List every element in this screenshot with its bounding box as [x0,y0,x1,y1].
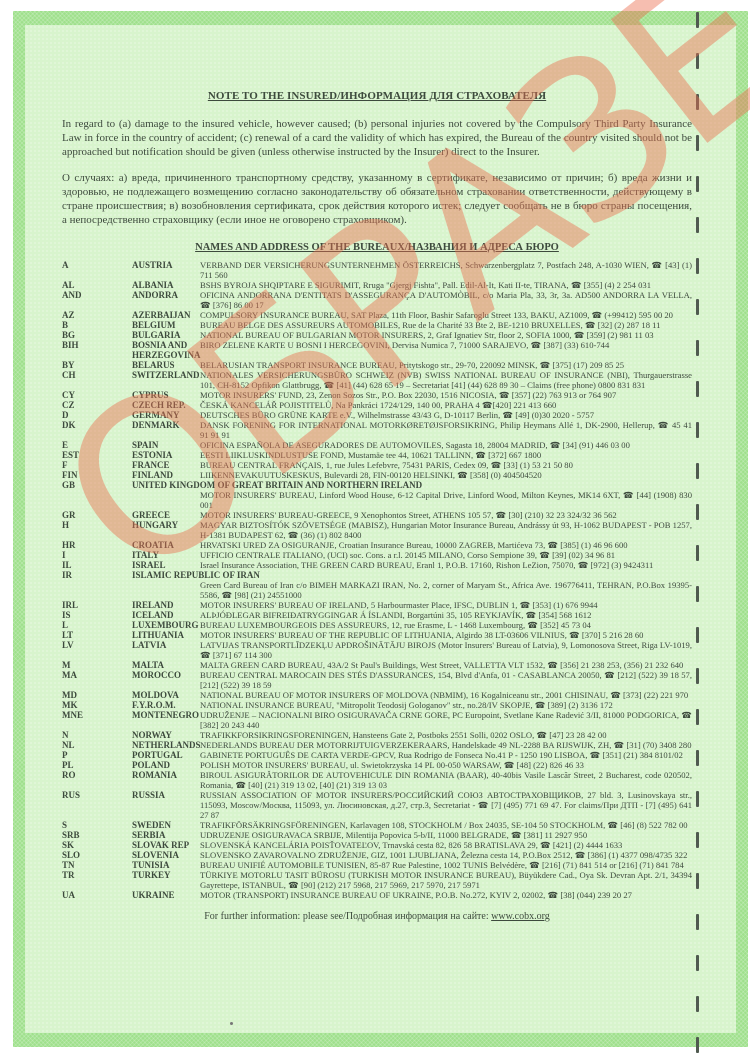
bureau-row: DKDENMARKDANSK FORENING FOR INTERNATIONA… [62,420,692,440]
perforation-dash [696,668,699,684]
bureaux-list: AAUSTRIAVERBAND DER VERSICHERUNGSUNTERNE… [62,260,692,900]
country-name: LATVIA [132,640,200,660]
country-name: UNITED KINGDOM OF GREAT BRITAIN AND NORT… [132,480,692,490]
perforation-line [696,0,700,1060]
note-title: NOTE TO THE INSURED/ИНФОРМАЦИЯ ДЛЯ СТРАХ… [62,90,692,103]
note-russian: О случаях: а) вреда, причиненного трансп… [62,171,692,227]
bureau-row: ESPAINOFICINA ESPAÑOLA DE ASEGURADORES D… [62,440,692,450]
bureau-address: MAGYAR BIZTOSÍTÓK SZÖVETSÉGE (MABISZ), H… [200,520,692,540]
bureau-address: NATIONAL INSURANCE BUREAU, "Mitropolit T… [200,700,692,710]
bureau-address: BIRO ZELENE KARTE U BOSNI I HERCEGOVINI,… [200,340,692,360]
bureau-address: BUREAU BELGE DES ASSUREURS AUTOMOBILES, … [200,320,692,330]
country-code: HR [62,540,132,550]
perforation-dash [696,996,699,1012]
country-name: RUSSIA [132,790,200,820]
country-name: BULGARIA [132,330,200,340]
bureau-row: LLUXEMBOURGBUREAU LUXEMBOURGEOIS DES ASS… [62,620,692,630]
country-code: B [62,320,132,330]
country-name: AUSTRIA [132,260,200,280]
bureau-row: MDMOLDOVANATIONAL BUREAU OF MOTOR INSURE… [62,690,692,700]
bureau-address: NATIONAL BUREAU OF MOTOR INSURERS OF MOL… [200,690,692,700]
country-name: LITHUANIA [132,630,200,640]
country-code: A [62,260,132,280]
cobx-link[interactable]: www.cobx.org [491,911,550,922]
country-name: PORTUGAL [132,750,200,760]
bureau-row: TRTURKEYTÜRKIYE MOTORLU TASIT BÜROSU (TU… [62,870,692,890]
country-code: IS [62,610,132,620]
perforation-dash [696,258,699,274]
country-name: FRANCE [132,460,200,470]
bureau-address: BUREAU CENTRAL FRANÇAIS, 1, rue Jules Le… [200,460,692,470]
country-code: GR [62,510,132,520]
country-code: TN [62,860,132,870]
perforation-dash [696,463,699,479]
bureau-address: EESTI LIIKLUSKINDLUSTUSE FOND, Mustamäe … [200,450,692,460]
perforation-dash [696,586,699,602]
bureau-address: DANSK FORENING FOR INTERNATIONAL MOTORKØ… [200,420,692,440]
country-code: AL [62,280,132,290]
bureau-row: BGBULGARIANATIONAL BUREAU OF BULGARIAN M… [62,330,692,340]
perforation-dash [696,545,699,561]
country-code: S [62,820,132,830]
bureau-row: MMALTAMALTA GREEN CARD BUREAU, 43A/2 St … [62,660,692,670]
perforation-dash [696,709,699,725]
bureau-address: VERBAND DER VERSICHERUNGSUNTERNEHMEN ÖST… [200,260,692,280]
country-name: CYPRUS [132,390,200,400]
country-name: GERMANY [132,410,200,420]
country-code: CY [62,390,132,400]
bureau-row: DGERMANYDEUTSCHES BÜRO GRÜNE KARTE e.V.,… [62,410,692,420]
bureau-row: ESTESTONIAEESTI LIIKLUSKINDLUSTUSE FOND,… [62,450,692,460]
country-code: BG [62,330,132,340]
bureau-row: SLOSLOVENIASLOVENSKO ZAVAROVALNO ZDRUŽEN… [62,850,692,860]
bureau-row: IRISLAMIC REPUBLIC OF IRAN [62,570,692,580]
bureau-row: CYCYPRUSMOTOR INSURERS' FUND, 23, Zenon … [62,390,692,400]
country-name: BELGIUM [132,320,200,330]
bureau-row: NLNETHERLANDSNEDERLANDS BUREAU DER MOTOR… [62,740,692,750]
country-name: AZERBAIJAN [132,310,200,320]
country-code: IR [62,570,132,580]
footer: For further information: please see/Подр… [62,910,692,923]
note-english: In regard to (a) damage to the insured v… [62,117,692,159]
country-name: MOROCCO [132,670,200,690]
perforation-dash [696,791,699,807]
bureau-address: ALÞJÓÐLEGAR BIFREIÐATRYGGINGAR Á ÍSLANDI… [200,610,692,620]
perforation-dash [696,750,699,766]
bureau-row: LVLATVIALATVIJAS TRANSPORTLĪDZEKĻU APDRO… [62,640,692,660]
country-name: ESTONIA [132,450,200,460]
bureau-address: TÜRKIYE MOTORLU TASIT BÜROSU (TURKISH MO… [200,870,692,890]
bureau-address: MALTA GREEN CARD BUREAU, 43A/2 St Paul's… [200,660,692,670]
bureau-row: ROROMANIABIROUL ASIGURĂTORILOR DE AUTOVE… [62,770,692,790]
country-name: SWITZERLAND [132,370,200,390]
bureau-row: HHUNGARYMAGYAR BIZTOSÍTÓK SZÖVETSÉGE (MA… [62,520,692,540]
country-name: IRELAND [132,600,200,610]
country-name: CROATIA [132,540,200,550]
bureau-address: TRAFIKKFORSIKRINGSFORENINGEN, Hansteens … [200,730,692,740]
bureau-address: BUREAU UNIFIÉ AUTOMOBILE TUNISIEN, 85-87… [200,860,692,870]
country-name: ITALY [132,550,200,560]
bureau-address-row: Green Card Bureau of Iran c/o BIMEH MARK… [62,580,692,600]
bureau-address: SLOVENSKÁ KANCELÁRIA POISŤOVATEĽOV, Trna… [200,840,692,850]
perforation-dash [696,53,699,69]
country-code: SK [62,840,132,850]
bureau-address: BUREAU CENTRAL MAROCAIN DES STÉS D'ASSUR… [200,670,692,690]
bureau-address: POLISH MOTOR INSURERS' BUREAU, ul. Swiet… [200,760,692,770]
bureau-row: BIHBOSNIA AND HERZEGOVINABIRO ZELENE KAR… [62,340,692,360]
bureau-address: BUREAU LUXEMBOURGEOIS DES ASSUREURS, 12,… [200,620,692,630]
bureau-row: BBELGIUMBUREAU BELGE DES ASSUREURS AUTOM… [62,320,692,330]
perforation-dash [696,340,699,356]
bureau-address: COMPULSORY INSURANCE BUREAU, SAT Plaza, … [200,310,692,320]
speck [230,1022,233,1025]
bureau-row: ALALBANIABSHS BYROJA SHQIPTARE E SIGURIM… [62,280,692,290]
country-name: BELARUS [132,360,200,370]
bureau-row: FFRANCEBUREAU CENTRAL FRANÇAIS, 1, rue J… [62,460,692,470]
perforation-dash [696,832,699,848]
bureau-address: TRAFIKFÖRSÄKRINGSFÖRENINGEN, Karlavagen … [200,820,692,830]
bureau-row: IRLIRELANDMOTOR INSURERS' BUREAU OF IREL… [62,600,692,610]
country-code: MA [62,670,132,690]
country-name: SLOVAK REP [132,840,200,850]
country-name: ALBANIA [132,280,200,290]
country-name: ISRAEL [132,560,200,570]
bureau-row: HRCROATIAHRVATSKI URED ZA OSIGURANJE, Cr… [62,540,692,550]
bureau-address: MOTOR INSURERS' FUND, 23, Zenon Sozos St… [200,390,692,400]
country-code: M [62,660,132,670]
bureau-address: UDRUŽENJE – NACIONALNI BIRO OSIGURAVAČA … [200,710,692,730]
country-code: GB [62,480,132,490]
country-code: IRL [62,600,132,610]
bureau-row: FINFINLANDLIIKENNEVAKUUTUSKESKUS, Buleva… [62,470,692,480]
bureau-address: LATVIJAS TRANSPORTLĪDZEKĻU APDROŠINĀTĀJU… [200,640,692,660]
bureau-row: IITALYUFFICIO CENTRALE ITALIANO, (UCI) s… [62,550,692,560]
perforation-dash [696,1037,699,1053]
perforation-dash [696,94,699,110]
bureau-row: CZCZECH REP.ČESKÁ KANCELÁŘ POJISTITELŮ, … [62,400,692,410]
bureau-row: TNTUNISIABUREAU UNIFIÉ AUTOMOBILE TUNISI… [62,860,692,870]
bureau-row: GBUNITED KINGDOM OF GREAT BRITAIN AND NO… [62,480,692,490]
country-code: CH [62,370,132,390]
country-code: L [62,620,132,630]
country-code: H [62,520,132,540]
country-code: LT [62,630,132,640]
country-name: SPAIN [132,440,200,450]
country-name: ROMANIA [132,770,200,790]
bureau-row: RUSRUSSIARUSSIAN ASSOCIATION OF MOTOR IN… [62,790,692,820]
bureau-address: NATIONAL BUREAU OF BULGARIAN MOTOR INSUR… [200,330,692,340]
bureau-row: ISICELANDALÞJÓÐLEGAR BIFREIÐATRYGGINGAR … [62,610,692,620]
country-name: ANDORRA [132,290,200,310]
country-name: CZECH REP. [132,400,200,410]
bureau-address: MOTOR INSURERS' BUREAU OF THE REPUBLIC O… [200,630,692,640]
country-name: MALTA [132,660,200,670]
bureau-address: DEUTSCHES BÜRO GRÜNE KARTE e.V., Wilhelm… [200,410,692,420]
document-content: NOTE TO THE INSURED/ИНФОРМАЦИЯ ДЛЯ СТРАХ… [62,90,692,923]
country-code: RUS [62,790,132,820]
country-code: RO [62,770,132,790]
country-name: TURKEY [132,870,200,890]
country-name: NORWAY [132,730,200,740]
country-name: ICELAND [132,610,200,620]
country-code: NL [62,740,132,750]
country-code: IL [62,560,132,570]
bureau-row: GRGREECEMOTOR INSURERS' BUREAU-GREECE, 9… [62,510,692,520]
bureau-address: NATIONALES VERSICHERUNGSBÜRO SCHWEIZ (NV… [200,370,692,390]
bureau-address: OFICINA ANDORRANA D'ENTITATS D'ASSEGURAN… [200,290,692,310]
perforation-dash [696,422,699,438]
bureau-address: ČESKÁ KANCELÁŘ POJISTITELŮ, Na Pankráci … [200,400,692,410]
country-name: ISLAMIC REPUBLIC OF IRAN [132,570,692,580]
perforation-dash [696,504,699,520]
country-code: SRB [62,830,132,840]
perforation-dash [696,955,699,971]
country-name: MONTENEGRO [132,710,200,730]
country-name: BOSNIA AND HERZEGOVINA [132,340,200,360]
bureau-row: SRBSERBIAUDRUZENJE OSIGURAVACA SRBIJE, M… [62,830,692,840]
country-code: F [62,460,132,470]
bureau-row: UAUKRAINEMOTOR (TRANSPORT) INSURANCE BUR… [62,890,692,900]
bureau-address: MOTOR INSURERS' BUREAU OF IRELAND, 5 Har… [200,600,692,610]
bureaux-title: NAMES AND ADDRESS OF THE BUREAUX/НАЗВАНИ… [62,241,692,254]
bureau-row: AZAZERBAIJANCOMPULSORY INSURANCE BUREAU,… [62,310,692,320]
bureau-address: UFFICIO CENTRALE ITALIANO, (UCI) soc. Co… [200,550,692,560]
bureau-address: GABINETE PORTUGUÊS DE CARTA VERDE-GPCV, … [200,750,692,760]
country-code: DK [62,420,132,440]
bureau-row: ILISRAELIsrael Insurance Association, TH… [62,560,692,570]
country-name: MOLDOVA [132,690,200,700]
country-code: MK [62,700,132,710]
country-code: N [62,730,132,740]
bureau-address: RUSSIAN ASSOCIATION OF MOTOR INSURERS/РО… [200,790,692,820]
country-code: E [62,440,132,450]
country-code: AZ [62,310,132,320]
perforation-dash [696,12,699,28]
bureau-row: ANDANDORRAOFICINA ANDORRANA D'ENTITATS D… [62,290,692,310]
bureau-row: MKF.Y.R.O.M.NATIONAL INSURANCE BUREAU, "… [62,700,692,710]
country-code: LV [62,640,132,660]
perforation-dash [696,627,699,643]
bureau-row: BYBELARUSBELARUSIAN TRANSPORT INSURANCE … [62,360,692,370]
country-name: TUNISIA [132,860,200,870]
bureau-address: OFICINA ESPAÑOLA DE ASEGURADORES DE AUTO… [200,440,692,450]
country-code: UA [62,890,132,900]
country-name: F.Y.R.O.M. [132,700,200,710]
country-name: SLOVENIA [132,850,200,860]
bureau-row: LTLITHUANIAMOTOR INSURERS' BUREAU OF THE… [62,630,692,640]
country-name: LUXEMBOURG [132,620,200,630]
country-code: CZ [62,400,132,410]
bureau-address: NEDERLANDS BUREAU DER MOTORRIJTUIGVERZEK… [200,740,692,750]
bureau-row: MAMOROCCOBUREAU CENTRAL MAROCAIN DES STÉ… [62,670,692,690]
country-code: AND [62,290,132,310]
bureau-row: SKSLOVAK REPSLOVENSKÁ KANCELÁRIA POISŤOV… [62,840,692,850]
perforation-dash [696,135,699,151]
country-name: UKRAINE [132,890,200,900]
country-code: I [62,550,132,560]
bureau-address: SLOVENSKO ZAVAROVALNO ZDRUŽENJE, GIZ, 10… [200,850,692,860]
country-code: FIN [62,470,132,480]
perforation-dash [696,217,699,233]
bureau-row: PLPOLANDPOLISH MOTOR INSURERS' BUREAU, u… [62,760,692,770]
country-name: SWEDEN [132,820,200,830]
country-code: D [62,410,132,420]
country-name: POLAND [132,760,200,770]
bureau-address: BELARUSIAN TRANSPORT INSURANCE BUREAU, P… [200,360,692,370]
country-name: GREECE [132,510,200,520]
bureau-row: AAUSTRIAVERBAND DER VERSICHERUNGSUNTERNE… [62,260,692,280]
bureau-address: UDRUZENJE OSIGURAVACA SRBIJE, Milentija … [200,830,692,840]
country-name: NETHERLANDS [132,740,200,750]
bureau-row: SSWEDENTRAFIKFÖRSÄKRINGSFÖRENINGEN, Karl… [62,820,692,830]
bureau-address: MOTOR INSURERS' BUREAU-GREECE, 9 Xenopho… [200,510,692,520]
country-code: PL [62,760,132,770]
bureau-address: LIIKENNEVAKUUTUSKESKUS, Bulevardi 28, FI… [200,470,692,480]
perforation-dash [696,381,699,397]
footer-text: For further information: please see/Подр… [204,911,491,922]
bureau-address: HRVATSKI URED ZA OSIGURANJE, Croatian In… [200,540,692,550]
country-code: MNE [62,710,132,730]
bureau-address: BIROUL ASIGURĂTORILOR DE AUTOVEHICULE DI… [200,770,692,790]
country-code: P [62,750,132,760]
country-code: BY [62,360,132,370]
country-code: MD [62,690,132,700]
perforation-dash [696,914,699,930]
country-name: FINLAND [132,470,200,480]
perforation-dash [696,299,699,315]
bureau-address: MOTOR INSURERS' BUREAU, Linford Wood Hou… [200,490,692,510]
country-name: SERBIA [132,830,200,840]
bureau-row: NNORWAYTRAFIKKFORSIKRINGSFORENINGEN, Han… [62,730,692,740]
bureau-address: MOTOR (TRANSPORT) INSURANCE BUREAU OF UK… [200,890,692,900]
bureau-row: CHSWITZERLANDNATIONALES VERSICHERUNGSBÜR… [62,370,692,390]
bureau-address-row: MOTOR INSURERS' BUREAU, Linford Wood Hou… [62,490,692,510]
country-name: HUNGARY [132,520,200,540]
country-name: DENMARK [132,420,200,440]
bureau-row: PPORTUGALGABINETE PORTUGUÊS DE CARTA VER… [62,750,692,760]
country-code: BIH [62,340,132,360]
perforation-dash [696,176,699,192]
country-code: TR [62,870,132,890]
bureau-row: MNEMONTENEGROUDRUŽENJE – NACIONALNI BIRO… [62,710,692,730]
perforation-dash [696,873,699,889]
country-code: EST [62,450,132,460]
bureau-address: Green Card Bureau of Iran c/o BIMEH MARK… [200,580,692,600]
country-code: SLO [62,850,132,860]
bureau-address: Israel Insurance Association, THE GREEN … [200,560,692,570]
bureau-address: BSHS BYROJA SHQIPTARE E SIGURIMIT, Rruga… [200,280,692,290]
